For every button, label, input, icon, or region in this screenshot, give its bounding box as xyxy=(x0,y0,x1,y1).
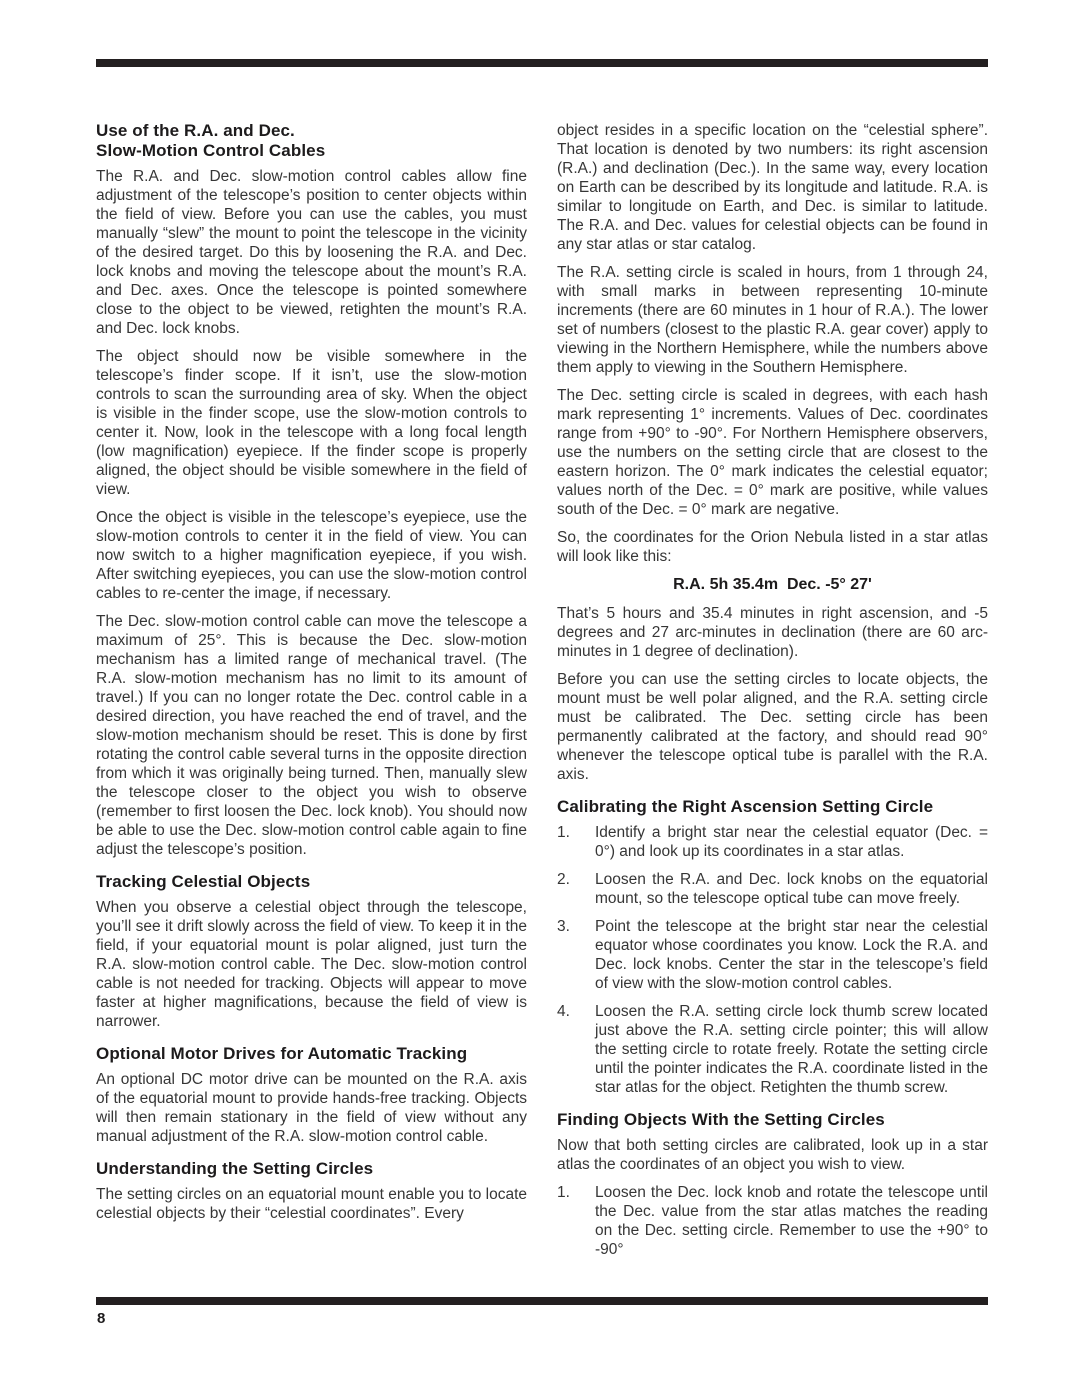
paragraph: An optional DC motor drive can be mounte… xyxy=(96,1070,527,1146)
list-item-text: Loosen the Dec. lock knob and rotate the… xyxy=(595,1183,988,1259)
list-item: 2. Loosen the R.A. and Dec. lock knobs o… xyxy=(557,870,988,908)
paragraph: Before you can use the setting circles t… xyxy=(557,670,988,784)
list-item-number: 1. xyxy=(557,1183,595,1259)
right-column: object resides in a specific location on… xyxy=(557,121,988,1268)
list-item-number: 4. xyxy=(557,1002,595,1097)
list-item-number: 1. xyxy=(557,823,595,861)
bottom-rule xyxy=(96,1297,988,1305)
coordinates-example: R.A. 5h 35.4m Dec. -5° 27' xyxy=(557,575,988,594)
left-column: Use of the R.A. and Dec. Slow-Motion Con… xyxy=(96,121,527,1268)
list-item: 4. Loosen the R.A. setting circle lock t… xyxy=(557,1002,988,1097)
list-item-number: 2. xyxy=(557,870,595,908)
section-heading-finding-objects: Finding Objects With the Setting Circles xyxy=(557,1110,988,1130)
list-item: 1. Loosen the Dec. lock knob and rotate … xyxy=(557,1183,988,1259)
list-item-text: Identify a bright star near the celestia… xyxy=(595,823,988,861)
page-number: 8 xyxy=(97,1310,105,1327)
section-heading-optional-motor-drives: Optional Motor Drives for Automatic Trac… xyxy=(96,1044,527,1064)
section-heading-tracking-celestial-objects: Tracking Celestial Objects xyxy=(96,872,527,892)
heading-line-1: Use of the R.A. and Dec. xyxy=(96,121,527,141)
paragraph: The object should now be visible somewhe… xyxy=(96,347,527,499)
paragraph: That’s 5 hours and 35.4 minutes in right… xyxy=(557,604,988,661)
section-heading-calibrating-ra-circle: Calibrating the Right Ascension Setting … xyxy=(557,797,988,817)
list-item-text: Loosen the R.A. and Dec. lock knobs on t… xyxy=(595,870,988,908)
section-heading-understanding-setting-circles: Understanding the Setting Circles xyxy=(96,1159,527,1179)
list-item: 3. Point the telescope at the bright sta… xyxy=(557,917,988,993)
section-heading-slow-motion-cables: Use of the R.A. and Dec. Slow-Motion Con… xyxy=(96,121,527,161)
paragraph: The setting circles on an equatorial mou… xyxy=(96,1185,527,1223)
paragraph: Once the object is visible in the telesc… xyxy=(96,508,527,603)
top-rule xyxy=(96,59,988,67)
paragraph: object resides in a specific location on… xyxy=(557,121,988,254)
heading-line-2: Slow-Motion Control Cables xyxy=(96,141,527,161)
page-content: Use of the R.A. and Dec. Slow-Motion Con… xyxy=(96,121,988,1268)
list-item-text: Loosen the R.A. setting circle lock thum… xyxy=(595,1002,988,1097)
paragraph: The Dec. slow-motion control cable can m… xyxy=(96,612,527,859)
list-item: 1. Identify a bright star near the celes… xyxy=(557,823,988,861)
paragraph: So, the coordinates for the Orion Nebula… xyxy=(557,528,988,566)
paragraph: The R.A. setting circle is scaled in hou… xyxy=(557,263,988,377)
paragraph: The R.A. and Dec. slow-motion control ca… xyxy=(96,167,527,338)
paragraph: When you observe a celestial object thro… xyxy=(96,898,527,1031)
list-item-text: Point the telescope at the bright star n… xyxy=(595,917,988,993)
paragraph: The Dec. setting circle is scaled in deg… xyxy=(557,386,988,519)
list-item-number: 3. xyxy=(557,917,595,993)
paragraph: Now that both setting circles are calibr… xyxy=(557,1136,988,1174)
